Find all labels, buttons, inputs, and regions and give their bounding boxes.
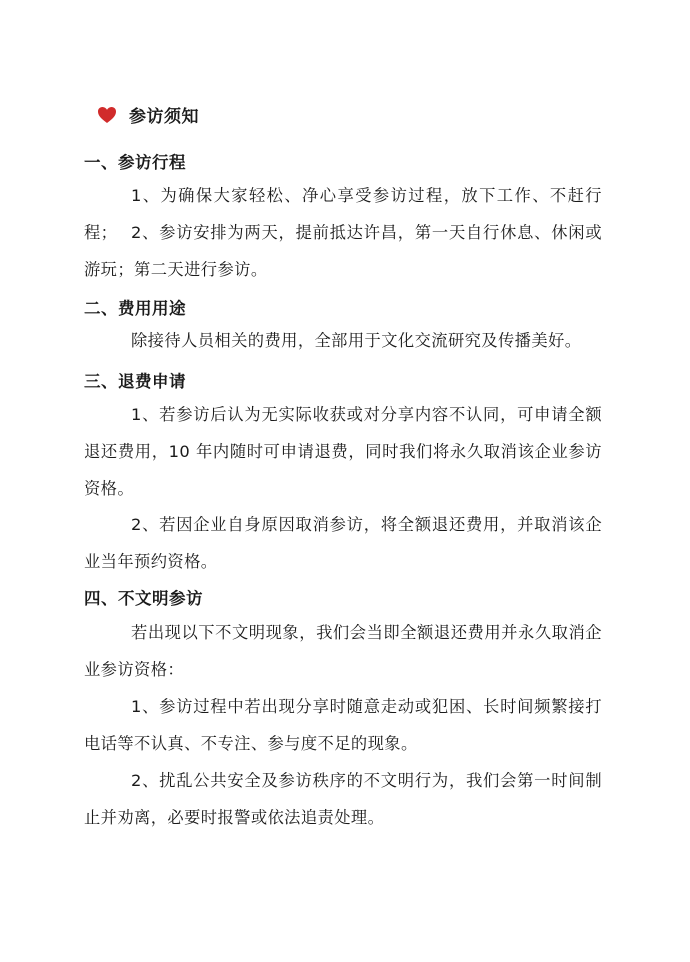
paragraph: 2、参访安排为两天，提前抵达许昌，第一天自行休息、休闲或游玩；第二天进行参访。: [84, 214, 602, 288]
heart-icon: [97, 105, 117, 125]
paragraph: 除接待人员相关的费用，全部用于文化交流研究及传播美好。: [84, 322, 602, 359]
section-heading-uncivil-conduct: 四、不文明参访: [84, 585, 203, 609]
paragraph: 若出现以下不文明现象，我们会当即全额退还费用并永久取消企业参访资格：: [84, 614, 602, 688]
paragraph: 1、参访过程中若出现分享时随意走动或犯困、长时间频繁接打电话等不认真、不专注、参…: [84, 688, 602, 762]
document-title: 参访须知: [129, 102, 199, 127]
section-heading-itinerary: 一、参访行程: [84, 149, 186, 173]
document-title-row: 参访须知: [97, 102, 199, 127]
paragraph: 1、若参访后认为无实际收获或对分享内容不认同，可申请全额退还费用，10 年内随时…: [84, 396, 602, 507]
section-heading-fee-usage: 二、费用用途: [84, 295, 186, 319]
paragraph: 2、扰乱公共安全及参访秩序的不文明行为，我们会第一时间制止并劝离，必要时报警或依…: [84, 762, 602, 836]
section-heading-refund: 三、退费申请: [84, 368, 186, 392]
paragraph: 2、若因企业自身原因取消参访，将全额退还费用，并取消该企业当年预约资格。: [84, 506, 602, 580]
